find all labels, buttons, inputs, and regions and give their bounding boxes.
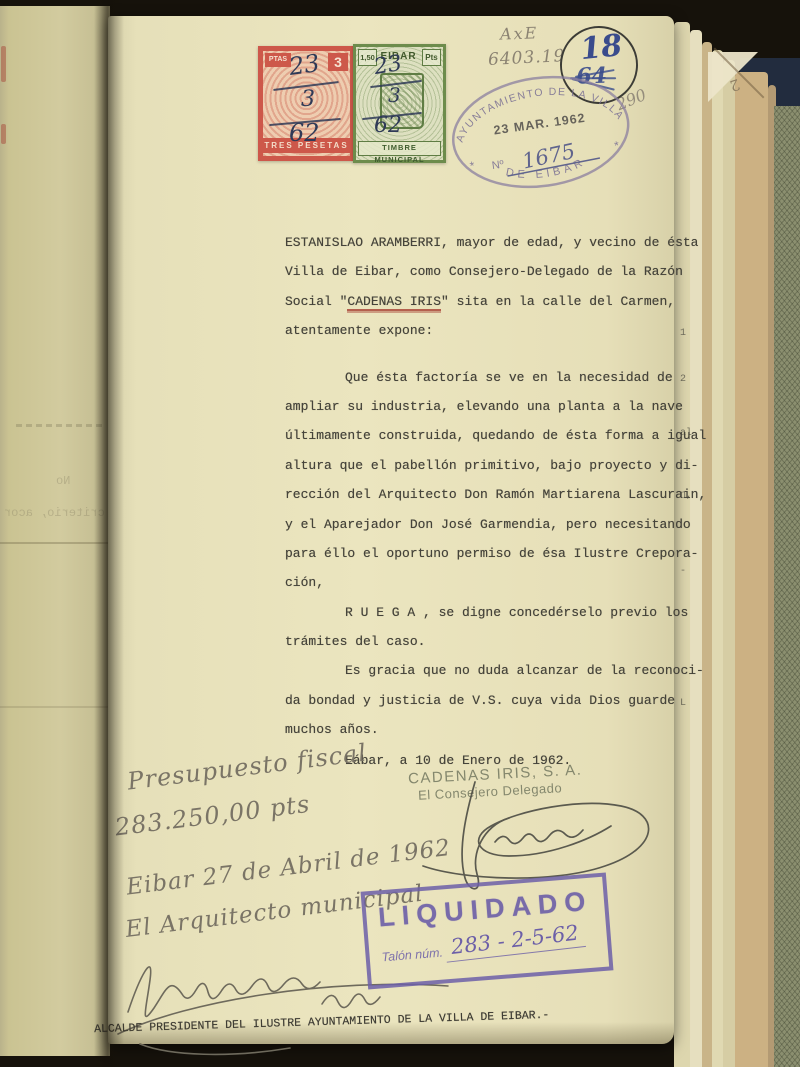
edge-text-fragment: 1 (680, 328, 686, 339)
page-edge (723, 60, 735, 1067)
star-icon: * (613, 138, 620, 153)
typed-line: Que ésta factoría se ve en la necesidad … (285, 363, 715, 392)
book-cover-cloth (774, 106, 800, 1067)
typed-line: da bondad y justicia de V.S. cuya vida D… (285, 686, 715, 715)
typed-line: para éllo el oportuno permiso de ésa Ilu… (285, 539, 715, 568)
oval-stamp-date: 23 MAR. 1962 (493, 111, 587, 138)
typed-line: altura que el pabellón primitivo, bajo p… (285, 451, 715, 480)
bleedthrough-dashes (16, 424, 104, 427)
edge-text-fragment: al (680, 428, 692, 439)
edge-text-fragment: - (680, 566, 686, 577)
pencil-line: 283.250,00 pts (113, 790, 311, 842)
handwritten-date-month: 3 (388, 83, 401, 107)
edge-text-fragment: L (680, 698, 686, 709)
typed-line: ESTANISLAO ARAMBERRI, mayor de edad, y v… (285, 228, 715, 257)
document-scan: No criterio, acor 2 PTAS 3 TRES PESETAS … (0, 0, 800, 1067)
typed-line: ampliar su industria, elevando una plant… (285, 392, 715, 421)
page-edge (735, 72, 768, 1067)
red-pencil-mark (1, 46, 6, 82)
handwritten-date-day: 23 (287, 49, 321, 81)
typed-line: últimamente construida, quedando de ésta… (285, 421, 715, 450)
red-pencil-mark (1, 124, 6, 144)
typed-line: ción, (285, 568, 715, 597)
star-icon: * (469, 159, 476, 174)
fiscal-stamp-red: PTAS 3 TRES PESETAS 23 3 62 (258, 46, 355, 161)
delegate-signature (363, 768, 663, 898)
typed-line: Es gracia que no duda alcanzar de la rec… (285, 656, 715, 685)
handwritten-date-month: 3 (301, 87, 315, 112)
liquidado-label: Talón núm. (381, 946, 443, 965)
typed-text: Social " (285, 294, 347, 309)
bleedthrough-text: No (56, 474, 70, 488)
pencil-line: Presupuesto fiscal (126, 738, 369, 795)
oval-stamp-number-label: Nº (491, 159, 505, 173)
document-page: PTAS 3 TRES PESETAS 23 3 62 1,50 EIBAR P… (108, 16, 674, 1044)
edge-text-fragment: n, (680, 490, 692, 501)
pencil-ref-code: AxE (500, 23, 539, 43)
typed-line: rección del Arquitecto Don Ramón Martiar… (285, 480, 715, 509)
handwritten-date-day: 23 (372, 51, 404, 80)
typed-text: " sita en la calle del Carmen, (441, 294, 675, 309)
page-bottom-shadow (108, 1022, 674, 1044)
registry-oval-stamp: AYUNTAMIENTO DE LA VILLA DE EIBAR 23 MAR… (438, 59, 643, 208)
municipal-stamp-green: 1,50 EIBAR Pts TIMBRE MUNICIPAL 23 3 62 (353, 44, 446, 163)
letter-body: ESTANISLAO ARAMBERRI, mayor de edad, y v… (285, 228, 715, 775)
typed-line: y el Aparejador Don José Garmendia, pero… (285, 510, 715, 539)
stamp-value: 3 (328, 53, 348, 71)
bleedthrough-text: criterio, acor (4, 506, 105, 520)
typed-line: trámites del caso. (285, 627, 715, 656)
typed-line: atentamente expone: (285, 316, 715, 345)
stamp-currency: Pts (422, 49, 441, 66)
stamp-label: TIMBRE MUNICIPAL (358, 141, 441, 156)
handwritten-date-year: 62 (289, 119, 320, 147)
company-name-underlined: CADENAS IRIS (347, 294, 441, 309)
liquidado-stamp: LIQUIDADO Talón núm. 283 - 2-5-62 (361, 873, 614, 990)
book-gutter-shadow (94, 0, 124, 1067)
typed-line: R U E G A , se digne concedérselo previo… (285, 598, 715, 627)
edge-text-fragment: 2 (680, 374, 686, 385)
typed-line: Social "CADENAS IRIS" sita en la calle d… (285, 287, 715, 316)
handwritten-date-year: 62 (374, 113, 402, 138)
pencil-ref-number: 6403.19 (488, 46, 566, 70)
typed-line: Villa de Eibar, como Consejero-Delegado … (285, 257, 715, 286)
